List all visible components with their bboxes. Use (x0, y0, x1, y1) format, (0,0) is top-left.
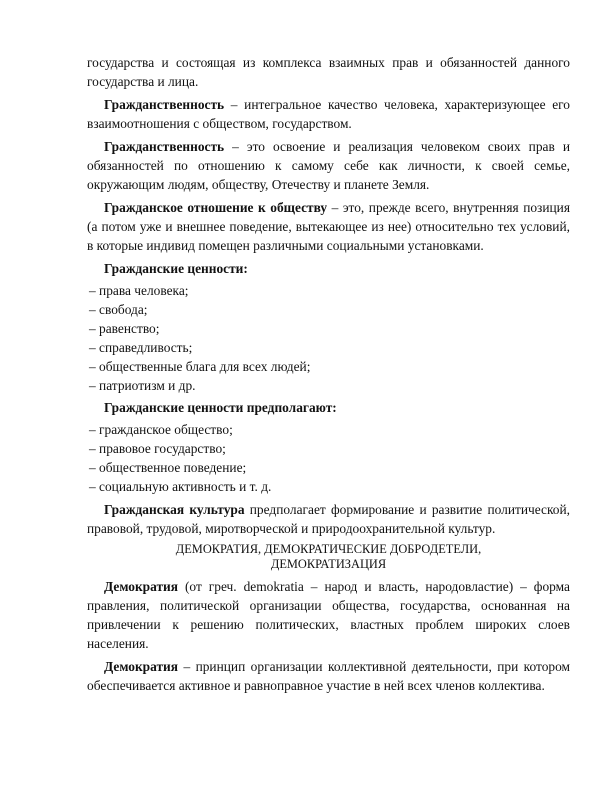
section-title-line: ДЕМОКРАТИЗАЦИЯ (87, 557, 570, 572)
definition-term: Гражданская культура (104, 502, 245, 517)
list-item: – общественные блага для всех людей; (89, 357, 570, 376)
civic-values-presuppose-list: – гражданское общество; – правовое госуд… (87, 420, 570, 496)
definition-paragraph: Гражданственность – интегральное качеств… (87, 95, 570, 133)
list-item: – общественное поведение; (89, 458, 570, 477)
section-title-line: ДЕМОКРАТИЯ, ДЕМОКРАТИЧЕСКИЕ ДОБРОДЕТЕЛИ, (87, 542, 570, 557)
definition-term: Демократия (104, 659, 178, 674)
definition-term: Гражданственность (104, 139, 224, 154)
list-item: – справедливость; (89, 338, 570, 357)
definition-paragraph: Гражданское отношение к обществу – это, … (87, 198, 570, 255)
list-item: – правовое государство; (89, 439, 570, 458)
list-item: – патриотизм и др. (89, 376, 570, 395)
definition-term: Гражданское отношение к обществу (104, 200, 327, 215)
section-title: ДЕМОКРАТИЯ, ДЕМОКРАТИЧЕСКИЕ ДОБРОДЕТЕЛИ,… (87, 542, 570, 572)
list-item: – права человека; (89, 281, 570, 300)
definition-paragraph: Демократия – принцип организации коллект… (87, 657, 570, 695)
document-page: государства и состоящая из комплекса вза… (87, 53, 570, 699)
list-item: – свобода; (89, 300, 570, 319)
opening-paragraph: государства и состоящая из комплекса вза… (87, 53, 570, 91)
definition-paragraph: Гражданственность – это освоение и реали… (87, 137, 570, 194)
definition-term: Гражданственность (104, 97, 224, 112)
list-item: – социальную активность и т. д. (89, 477, 570, 496)
civic-values-presuppose-heading: Гражданские ценности предполагают: (87, 398, 570, 417)
definition-paragraph: Демократия (от греч. demokratia – народ … (87, 577, 570, 653)
heading-text: Гражданские ценности: (104, 261, 248, 276)
list-item: – равенство; (89, 319, 570, 338)
civic-values-heading: Гражданские ценности: (87, 259, 570, 278)
list-item: – гражданское общество; (89, 420, 570, 439)
civic-culture-paragraph: Гражданская культура предполагает формир… (87, 500, 570, 538)
heading-text: Гражданские ценности предполагают: (104, 400, 337, 415)
definition-term: Демократия (104, 579, 178, 594)
civic-values-list: – права человека; – свобода; – равенство… (87, 281, 570, 395)
